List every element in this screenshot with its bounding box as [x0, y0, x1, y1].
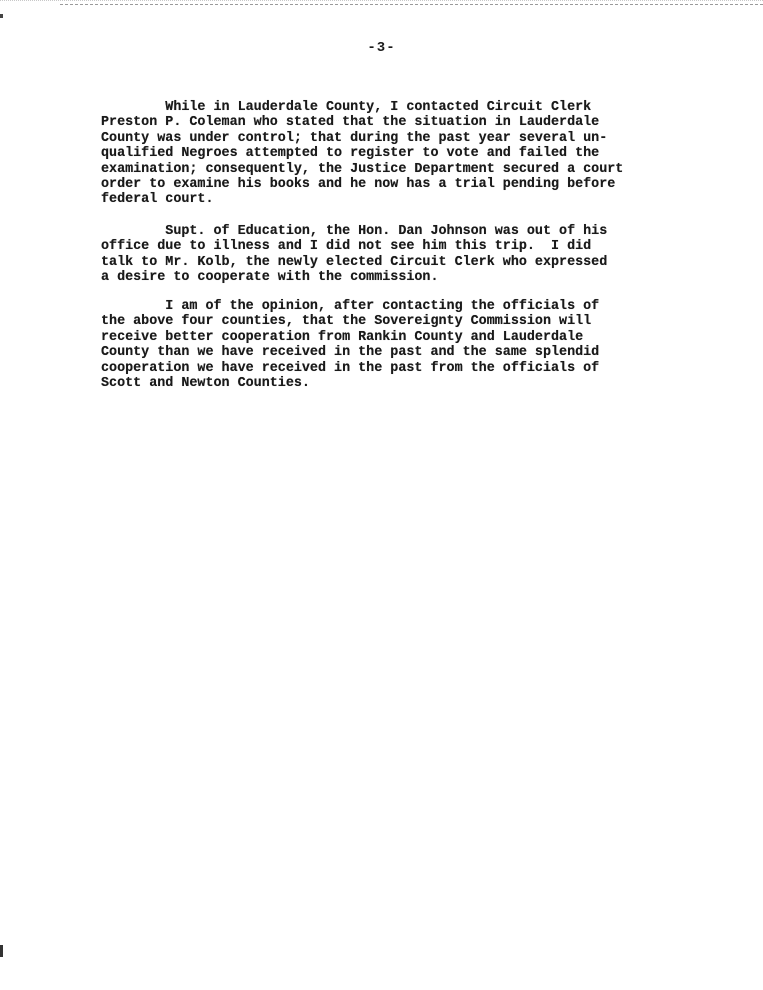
text-line: order to examine his books and he now ha… [101, 177, 615, 192]
text-line: examination; consequently, the Justice D… [101, 162, 623, 177]
text-line: Scott and Newton Counties. [101, 376, 310, 391]
text-line: Preston P. Coleman who stated that the s… [101, 115, 599, 130]
text-line: federal court. [101, 192, 214, 207]
scan-margin-mark [0, 14, 3, 18]
scan-top-edge [0, 0, 763, 1]
page-number: -3- [0, 40, 763, 56]
text-line: Supt. of Education, the Hon. Dan Johnson… [101, 224, 607, 239]
text-line: County than we have received in the past… [101, 345, 599, 360]
scan-margin-mark [0, 945, 3, 957]
text-line: qualified Negroes attempted to register … [101, 146, 599, 161]
text-line: While in Lauderdale County, I contacted … [101, 100, 591, 115]
text-line: County was under control; that during th… [101, 131, 607, 146]
text-line: receive better cooperation from Rankin C… [101, 330, 583, 345]
paragraph-opinion: I am of the opinion, after contacting th… [101, 299, 701, 391]
text-line: talk to Mr. Kolb, the newly elected Circ… [101, 255, 607, 270]
text-line: cooperation we have received in the past… [101, 361, 599, 376]
scan-top-rule [60, 4, 763, 5]
paragraph-lauderdale-county: While in Lauderdale County, I contacted … [101, 100, 701, 208]
text-line: the above four counties, that the Sovere… [101, 314, 591, 329]
text-line: I am of the opinion, after contacting th… [101, 299, 599, 314]
paragraph-supt-education: Supt. of Education, the Hon. Dan Johnson… [101, 224, 701, 286]
text-line: office due to illness and I did not see … [101, 239, 591, 254]
text-line: a desire to cooperate with the commissio… [101, 270, 439, 285]
